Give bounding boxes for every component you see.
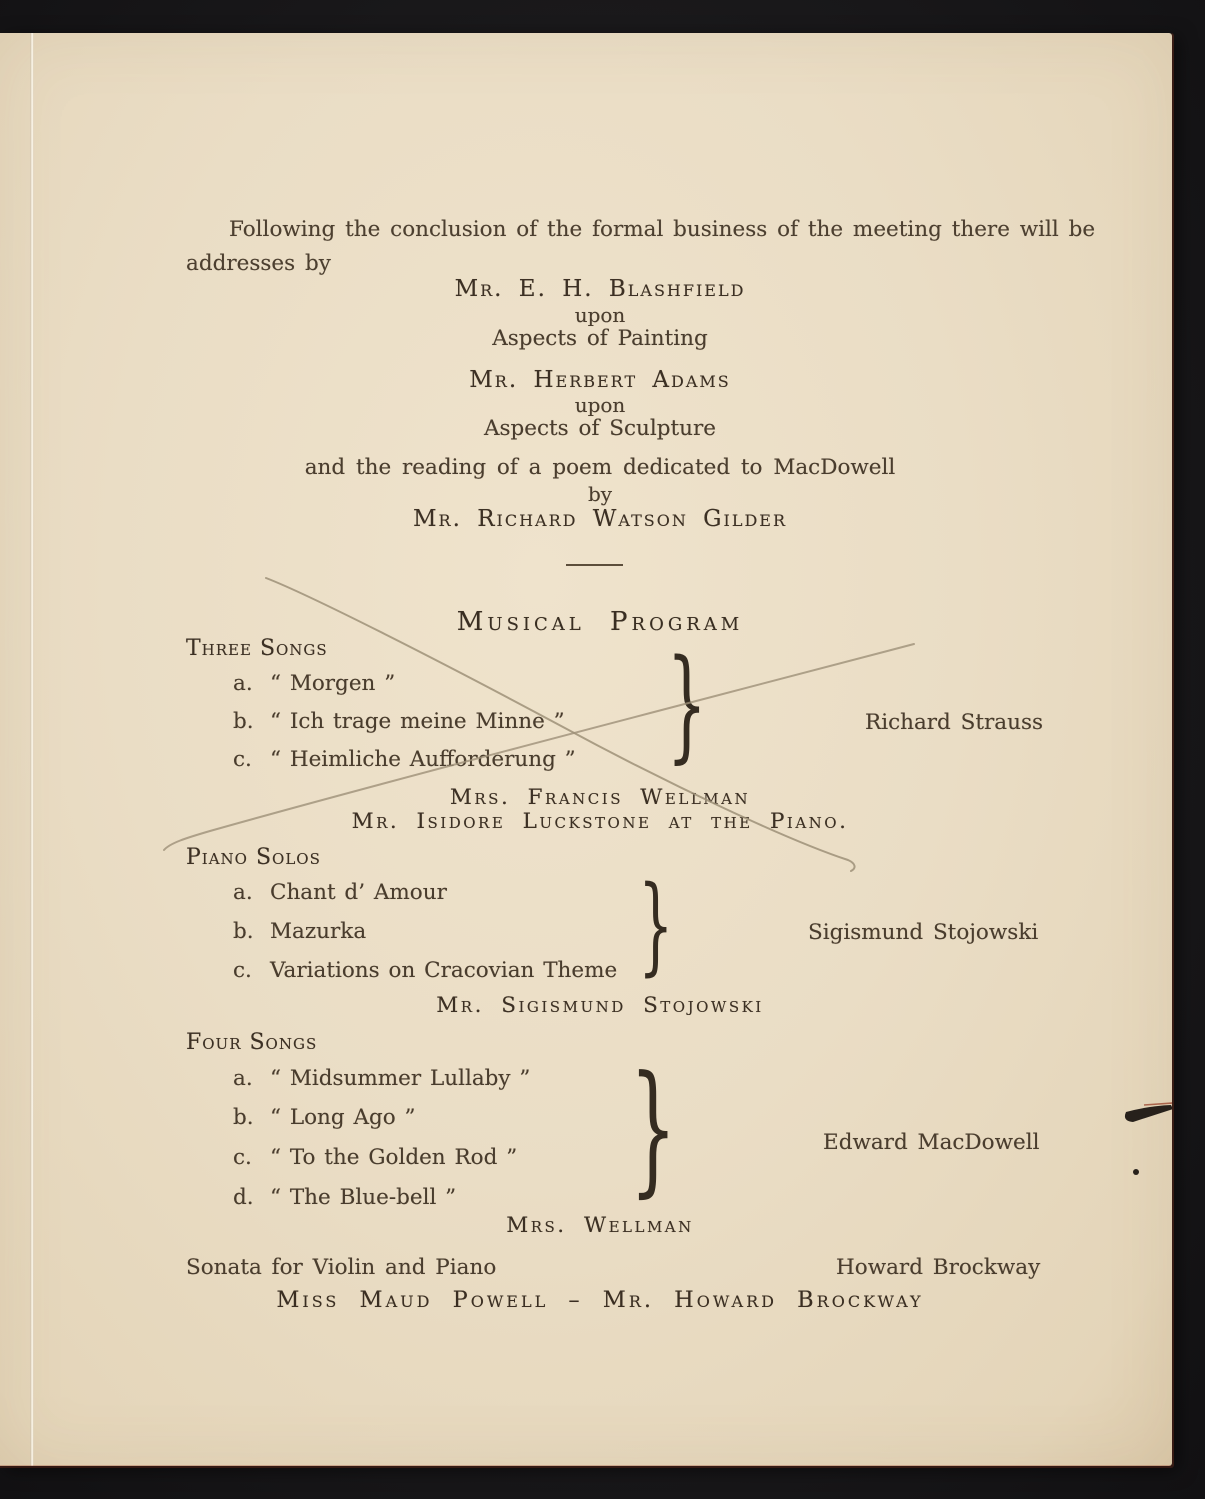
group-heading: Three Songs xyxy=(186,636,328,661)
composer-name: Howard Brockway xyxy=(836,1255,1040,1280)
performer-line: Mr. Isidore Luckstone at the Piano. xyxy=(70,809,1130,834)
finale-performers: Miss Maud Powell – Mr. Howard Brockway xyxy=(70,1287,1130,1313)
scan-background: Following the conclusion of the formal b… xyxy=(0,0,1205,1499)
program-page: Following the conclusion of the formal b… xyxy=(0,33,1172,1466)
item-title: “ To the Golden Rod ” xyxy=(270,1145,517,1170)
item-letter: a. xyxy=(233,880,270,905)
item-letter: c. xyxy=(233,1145,270,1170)
group-brace: } xyxy=(667,641,707,767)
program-item: d.“ The Blue-bell ” xyxy=(233,1185,456,1210)
item-title: “ Midsummer Lullaby ” xyxy=(270,1066,530,1091)
speaker-topic: Aspects of Sculpture xyxy=(70,416,1130,441)
item-letter: b. xyxy=(233,709,270,734)
program-item: b.“ Long Ago ” xyxy=(233,1105,416,1130)
poet-name: Mr. Richard Watson Gilder xyxy=(70,506,1130,532)
composer-name: Sigismund Stojowski xyxy=(808,920,1038,945)
item-letter: b. xyxy=(233,919,270,944)
item-title: “ Morgen ” xyxy=(270,671,395,696)
group-brace: } xyxy=(630,1055,677,1203)
separator-rule xyxy=(566,564,623,566)
item-letter: d. xyxy=(233,1185,270,1210)
performer-line: Mrs. Wellman xyxy=(70,1213,1130,1238)
poem-line: and the reading of a poem dedicated to M… xyxy=(70,455,1130,480)
program-item: a.“ Midsummer Lullaby ” xyxy=(233,1066,530,1091)
performer-line: Mr. Sigismund Stojowski xyxy=(70,993,1130,1018)
program-title: Musical Program xyxy=(70,607,1130,637)
speaker-name: Mr. Herbert Adams xyxy=(70,367,1130,393)
poem-by: by xyxy=(70,482,1130,506)
item-title: “ The Blue-bell ” xyxy=(270,1185,456,1210)
item-letter: c. xyxy=(233,958,270,983)
program-item: b.Mazurka xyxy=(233,919,366,944)
composer-name: Richard Strauss xyxy=(865,710,1043,735)
item-title: Chant d’ Amour xyxy=(270,880,447,905)
item-title: Variations on Cracovian Theme xyxy=(270,958,617,983)
ink-flick-red-fringe xyxy=(1144,1103,1172,1105)
program-item: a.Chant d’ Amour xyxy=(233,880,447,905)
intro-line-1: Following the conclusion of the formal b… xyxy=(229,217,1095,242)
group-heading: Four Songs xyxy=(186,1030,317,1055)
item-title: “ Long Ago ” xyxy=(270,1105,416,1130)
composer-name: Edward MacDowell xyxy=(823,1130,1040,1155)
item-letter: a. xyxy=(233,671,270,696)
speaker-topic: Aspects of Painting xyxy=(70,326,1130,351)
finale-title: Sonata for Violin and Piano xyxy=(186,1255,496,1280)
speaker-name: Mr. E. H. Blashfield xyxy=(70,276,1130,302)
intro-line-2: addresses by xyxy=(186,251,331,276)
speaker-preposition: upon xyxy=(70,393,1130,417)
program-item: c.“ Heimliche Aufforderung ” xyxy=(233,747,576,772)
item-title: “ Ich trage meine Minne ” xyxy=(270,709,565,734)
ink-dot xyxy=(1133,1169,1139,1175)
program-item: a.“ Morgen ” xyxy=(233,671,395,696)
item-title: Mazurka xyxy=(270,919,366,944)
performer-line: Mrs. Francis Wellman xyxy=(70,785,1130,810)
program-item: c.Variations on Cracovian Theme xyxy=(233,958,617,983)
program-item: c.“ To the Golden Rod ” xyxy=(233,1145,517,1170)
program-item: b.“ Ich trage meine Minne ” xyxy=(233,709,565,734)
item-title: “ Heimliche Aufforderung ” xyxy=(270,747,576,772)
speaker-preposition: upon xyxy=(70,303,1130,327)
handwritten-marks-overlay xyxy=(0,33,1172,1466)
fold-crease xyxy=(30,33,34,1466)
item-letter: b. xyxy=(233,1105,270,1130)
group-heading: Piano Solos xyxy=(186,845,321,870)
item-letter: c. xyxy=(233,747,270,772)
item-letter: a. xyxy=(233,1066,270,1091)
group-brace: } xyxy=(638,870,673,980)
ink-flick-mark xyxy=(1125,1105,1172,1122)
